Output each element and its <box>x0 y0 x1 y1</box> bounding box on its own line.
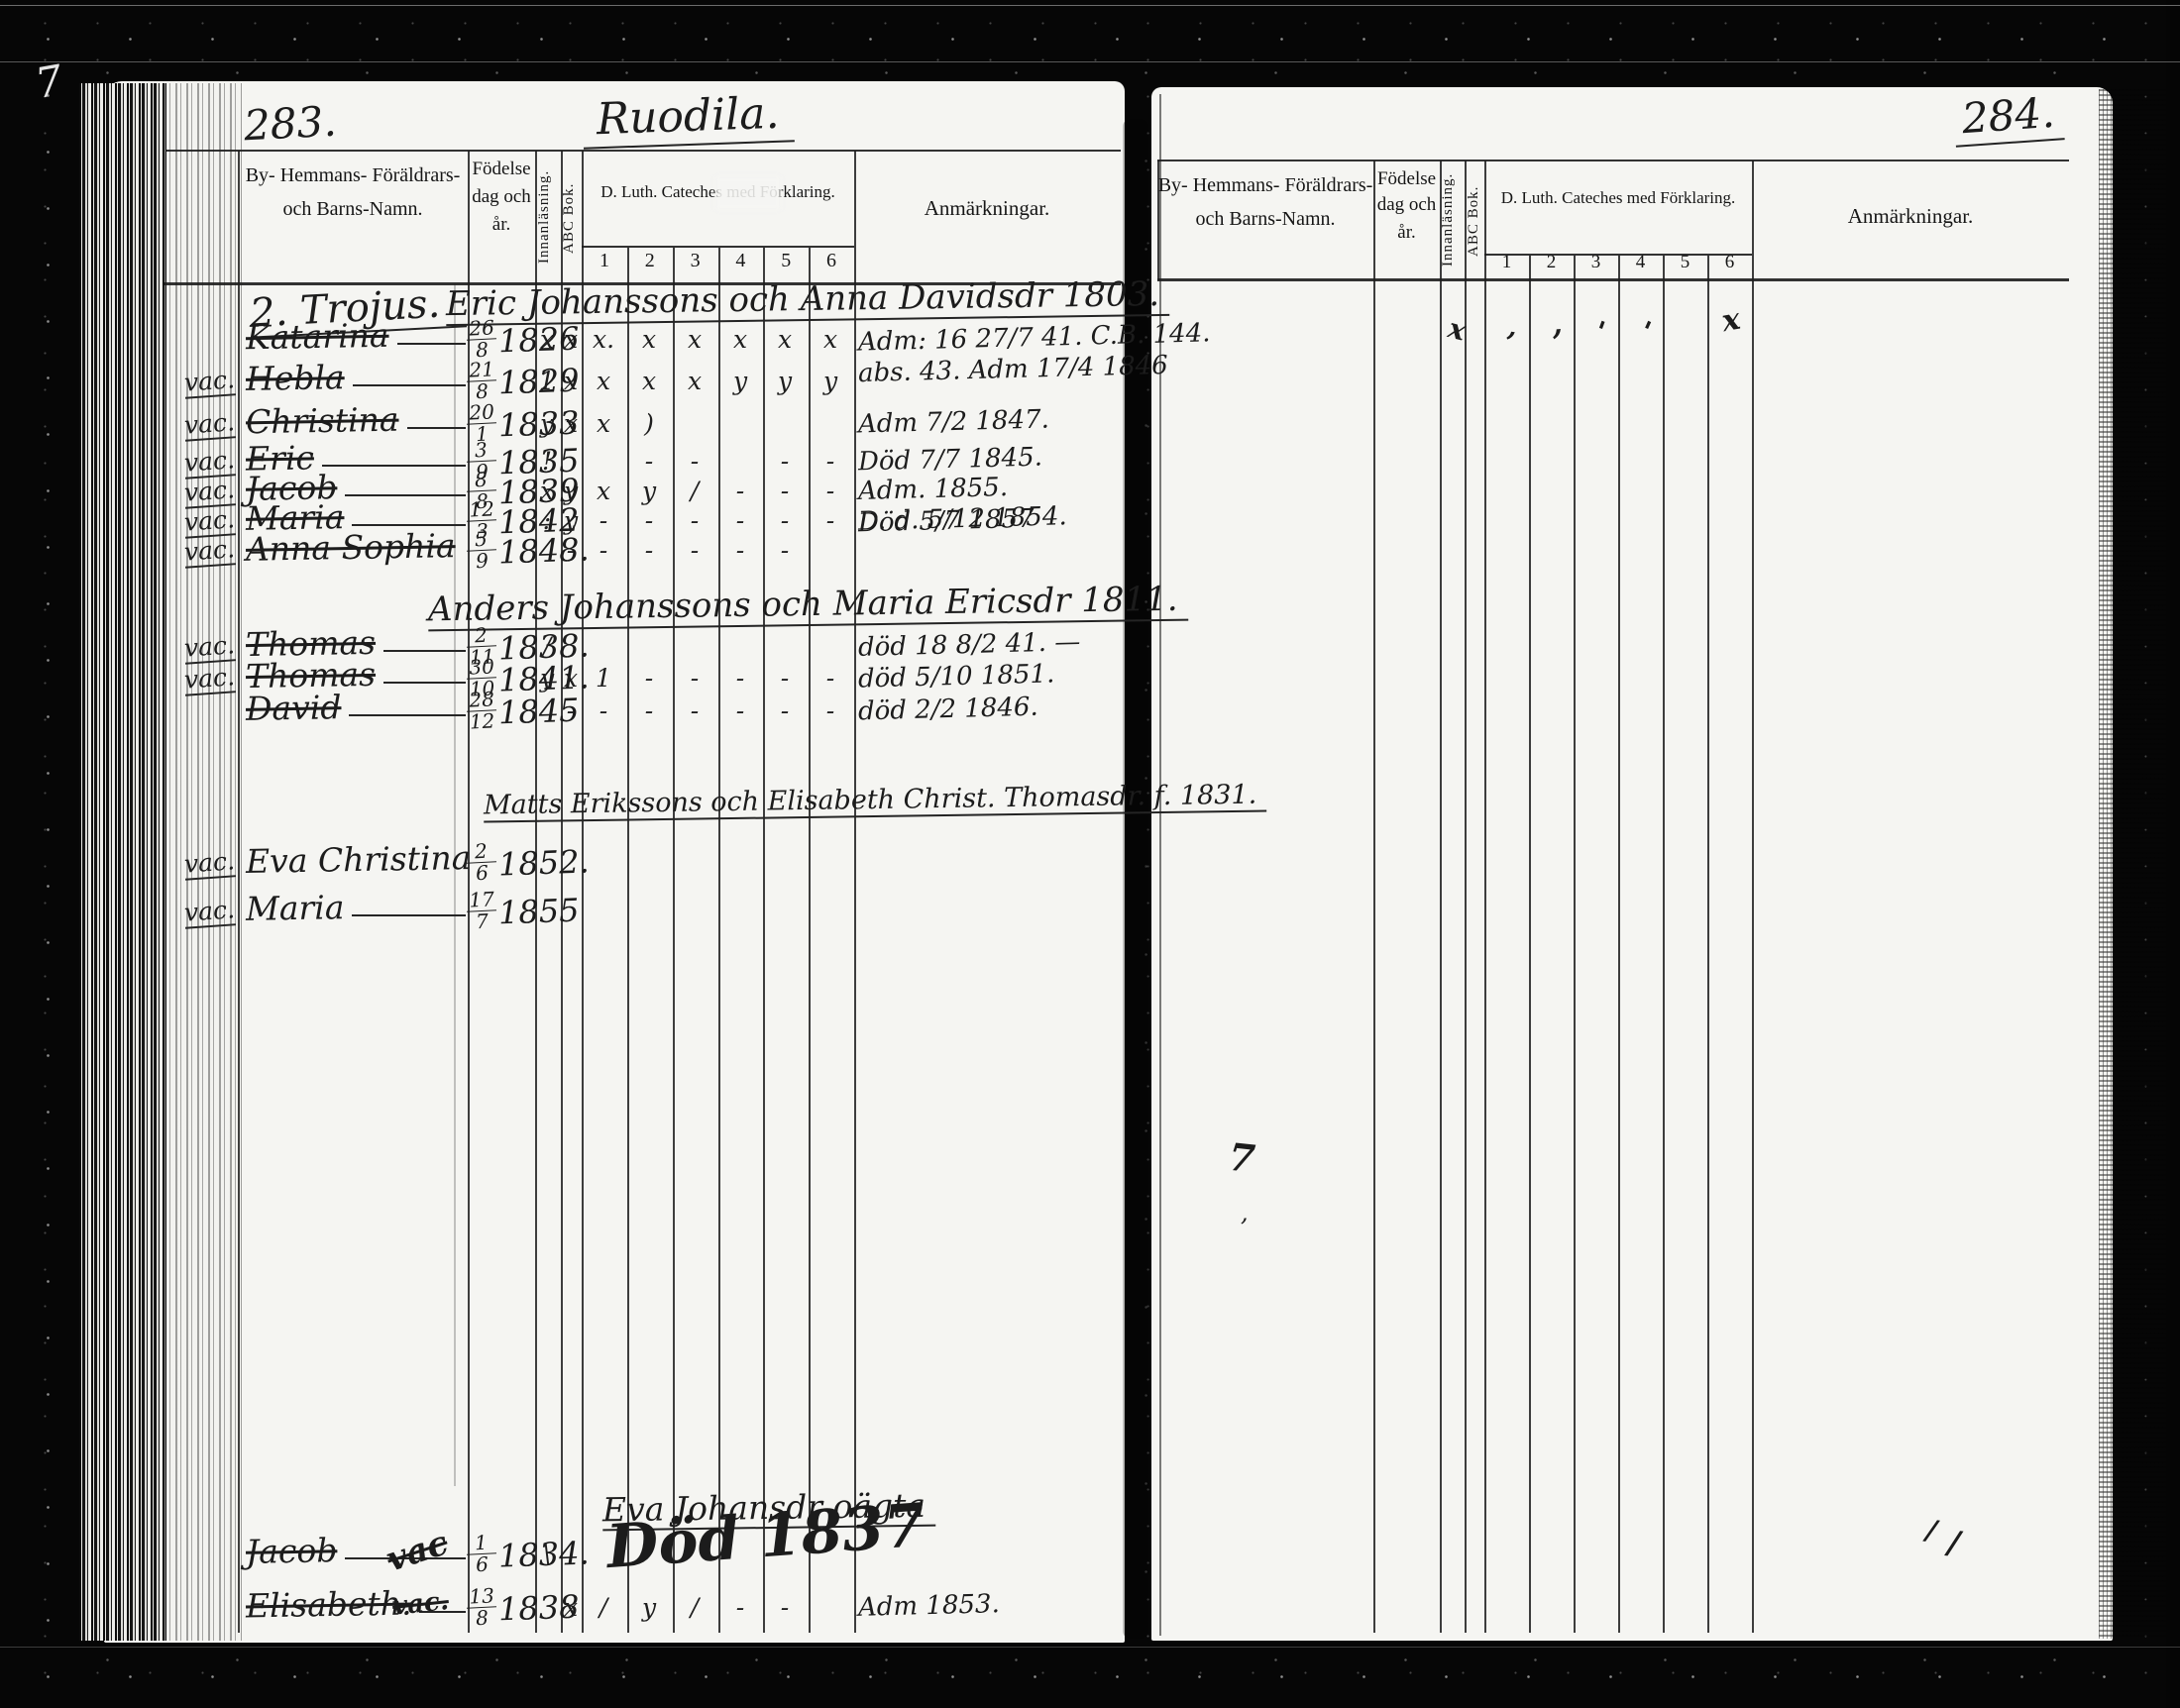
handwriting-overlay: vac. <box>391 1586 451 1622</box>
header-catechism-number: 4 <box>717 250 763 272</box>
margin-note: vac. <box>183 407 236 441</box>
catechism-mark: x <box>557 1593 585 1622</box>
catechism-mark: - <box>635 536 663 565</box>
name-row: Anna Sophia <box>246 528 466 567</box>
table-line-vertical <box>1574 256 1576 1633</box>
remark-note: Adm. 1855. <box>858 473 1009 506</box>
margin-note: vac. <box>183 504 236 538</box>
catechism-mark: - <box>557 696 585 725</box>
table-line-vertical <box>1663 256 1665 1633</box>
catechism-mark: - <box>817 664 844 693</box>
catechism-mark: x <box>557 664 585 693</box>
margin-note: vac. <box>183 365 236 398</box>
header-catechism-number: 5 <box>763 250 809 272</box>
margin-note: vac. <box>183 445 236 479</box>
catechism-mark: - <box>557 536 585 565</box>
header-catechism-number: 3 <box>673 250 718 272</box>
catechism-mark: - <box>771 664 799 693</box>
header-catechism-number: 3 <box>1574 252 1618 273</box>
header-abc-book-column: ABC Bok. <box>1466 168 1484 273</box>
catechism-mark: y <box>635 1593 663 1622</box>
catechism-mark: - <box>726 664 754 693</box>
catechism-mark: - <box>771 536 799 565</box>
header-name-column: By- Hemmans- Föräldrars- <box>1157 174 1373 197</box>
catechism-mark: ) <box>635 409 663 438</box>
birth-date-fraction: 138 <box>466 1586 497 1629</box>
catechism-mark: x <box>681 367 708 395</box>
name-dash <box>383 682 466 684</box>
header-birth-column: år. <box>468 214 535 236</box>
person-name: Jacob <box>246 1531 338 1571</box>
catechism-mark: x <box>771 325 799 354</box>
header-birth-column: år. <box>1373 222 1440 244</box>
table-line-horizontal <box>166 150 1121 152</box>
catechism-mark: - <box>681 506 708 535</box>
margin-note: vac. <box>183 534 236 568</box>
scan-artifact-line <box>0 61 2180 62</box>
scanned-book-spread: 7 283. Ruodila. 284. By- Hemmans- Föräld… <box>0 0 2180 1708</box>
catechism-mark: - <box>817 477 844 505</box>
birth-date-fraction: 268 <box>466 318 497 361</box>
name-dash <box>352 914 466 916</box>
remark-note: D. d. 5/12 1854. <box>858 501 1067 537</box>
margin-note: vac. <box>183 895 236 928</box>
header-birth-column: Födelse <box>1373 168 1440 190</box>
catechism-mark: x <box>726 325 754 354</box>
name-dash <box>322 465 466 467</box>
table-line-vertical <box>1465 160 1467 1633</box>
catechism-mark: - <box>817 696 844 725</box>
ink-fade-patch <box>715 176 781 210</box>
page-edge-texture <box>2099 89 2170 1639</box>
remark-note: Adm 1853. <box>858 1589 1001 1623</box>
ink-smudge: , <box>1241 1199 1249 1227</box>
name-row: Eva Christina <box>246 840 466 879</box>
book-binding-texture <box>79 83 166 1641</box>
table-line-vertical <box>627 248 629 1633</box>
table-line-vertical <box>763 248 765 1633</box>
table-line-vertical <box>1529 256 1531 1633</box>
name-row: Christina <box>246 401 466 440</box>
header-name-column: och Barns-Namn. <box>1157 208 1373 231</box>
person-name: Eva Christina <box>246 838 472 881</box>
ink-smudge: 7 <box>1227 1134 1257 1182</box>
birth-date-fraction: 218 <box>466 360 497 402</box>
name-dash <box>383 650 466 652</box>
catechism-mark: y <box>635 477 663 505</box>
catechism-mark: x <box>590 367 617 395</box>
person-name: Maria <box>246 888 345 928</box>
header-catechism-number: 5 <box>1663 252 1707 273</box>
catechism-mark: - <box>771 1593 799 1622</box>
header-catechism-number: 6 <box>1707 252 1752 273</box>
header-remarks-column: Anmärkningar. <box>854 196 1120 221</box>
header-abc-book-column: ABC Bok. <box>561 159 581 277</box>
margin-note: vac. <box>183 475 236 508</box>
remark-note: död 2/2 1846. <box>858 693 1038 727</box>
catechism-mark: - <box>635 447 663 476</box>
catechism-mark: x <box>557 409 585 438</box>
catechism-mark: - <box>635 506 663 535</box>
catechism-mark: - <box>817 506 844 535</box>
catechism-mark: - <box>726 536 754 565</box>
birth-month: 8 <box>467 1607 497 1629</box>
table-line-horizontal <box>1157 278 2069 281</box>
catechism-mark: y <box>771 367 799 395</box>
person-name: Christina <box>246 400 399 442</box>
birth-date-fraction: 2812 <box>466 690 497 732</box>
header-catechism-number: 1 <box>582 250 627 272</box>
birth-month: 6 <box>467 862 497 884</box>
person-name: Anna Sophia <box>246 526 456 569</box>
person-name: Elisabeth. <box>246 1584 412 1626</box>
birth-year: 1855 <box>497 892 580 932</box>
catechism-mark: - <box>726 477 754 505</box>
name-dash <box>353 384 466 386</box>
birth-year: 1852. <box>497 842 590 883</box>
header-catechism-number: 4 <box>1618 252 1663 273</box>
header-name-column: By- Hemmans- Föräldrars- <box>238 164 468 187</box>
table-line-horizontal <box>1157 160 2069 161</box>
page-number-right: 284. <box>1952 87 2064 148</box>
header-reading-column: Innanläsning. <box>536 155 560 279</box>
catechism-mark: - <box>771 477 799 505</box>
margin-note: vac. <box>183 630 236 664</box>
catechism-mark: 1 <box>590 664 617 693</box>
table-line-vertical <box>854 151 856 1633</box>
header-catechism-number: 1 <box>1484 252 1529 273</box>
name-dash <box>349 714 466 716</box>
catechism-mark: - <box>681 664 708 693</box>
table-line-vertical <box>1618 256 1620 1633</box>
remark-note: död 5/10 1851. <box>858 659 1055 694</box>
remark-note: Död 7/7 1845. <box>858 443 1043 478</box>
catechism-mark: / <box>681 477 708 505</box>
catechism-mark: - <box>771 696 799 725</box>
birth-date-fraction: 59 <box>466 529 497 572</box>
catechism-mark: x <box>557 325 585 354</box>
catechism-mark: - <box>726 696 754 725</box>
birth-date-fraction: 26 <box>466 841 497 884</box>
header-catechism-number: 2 <box>1529 252 1574 273</box>
header-birth-column: Födelse <box>468 159 535 180</box>
person-name: Katarina <box>246 316 389 358</box>
remark-note: Adm 7/2 1847. <box>858 404 1050 439</box>
scan-artifact-line <box>0 5 2180 6</box>
header-birth-column: dag och <box>1373 194 1440 216</box>
catechism-mark: x. <box>590 325 617 354</box>
catechism-mark: - <box>635 696 663 725</box>
table-line-horizontal <box>582 246 854 248</box>
header-birth-column: dag och <box>468 186 535 208</box>
table-line-vertical <box>809 248 811 1633</box>
header-remarks-column: Anmärkningar. <box>1752 204 2069 229</box>
person-name: Hebla <box>246 358 345 398</box>
catechism-mark: - <box>681 536 708 565</box>
catechism-mark: / <box>590 1593 617 1622</box>
table-line-vertical <box>238 151 240 1633</box>
birth-date-fraction: 177 <box>466 890 497 932</box>
catechism-mark: - <box>590 536 617 565</box>
birth-month: 9 <box>467 550 497 572</box>
catechism-mark: x <box>817 325 844 354</box>
table-line-vertical <box>1484 160 1486 1633</box>
catechism-mark: - <box>635 664 663 693</box>
right-page <box>1151 87 2113 1641</box>
table-line-vertical <box>1440 160 1442 1633</box>
name-row: Katarina <box>246 317 466 356</box>
name-dash <box>397 343 466 345</box>
page-number-left: 283. <box>243 97 338 151</box>
header-catechism-number: 2 <box>627 250 673 272</box>
catechism-mark: - <box>681 447 708 476</box>
catechism-mark: - <box>726 1593 754 1622</box>
catechism-mark: x <box>590 477 617 505</box>
catechism-mark: x <box>635 367 663 395</box>
catechism-mark: - <box>590 506 617 535</box>
name-row: David <box>246 689 466 727</box>
remark-note: död 18 8/2 41. — <box>858 627 1081 663</box>
catechism-mark: x <box>681 325 708 354</box>
catechism-mark: - <box>681 696 708 725</box>
birth-month: 12 <box>467 710 497 732</box>
header-catechism-column: D. Luth. Cateches med Förklaring. <box>1484 188 1752 208</box>
catechism-mark: - <box>817 447 844 476</box>
margin-note: vac. <box>183 846 236 880</box>
table-line-vertical <box>718 248 720 1633</box>
table-line-vertical <box>673 248 675 1633</box>
margin-note: vac. <box>183 662 236 695</box>
table-line-vertical <box>1373 160 1375 1633</box>
birth-month: 7 <box>467 910 497 932</box>
catechism-mark: x <box>557 367 585 395</box>
header-catechism-number: 6 <box>809 250 854 272</box>
name-row: Maria <box>246 889 466 927</box>
person-name: David <box>246 688 342 728</box>
catechism-mark: \ <box>533 1540 561 1568</box>
catechism-mark: x <box>590 409 617 438</box>
header-reading-column: Innanläsning. <box>1440 164 1465 275</box>
header-name-column: och Barns-Namn. <box>238 198 468 221</box>
name-row: Hebla <box>246 359 466 397</box>
catechism-mark: x <box>635 325 663 354</box>
name-dash <box>407 427 466 429</box>
catechism-mark: y <box>817 367 844 395</box>
village-title: Ruodila. <box>582 87 794 149</box>
catechism-mark: y <box>726 367 754 395</box>
catechism-mark: - <box>590 696 617 725</box>
table-line-vertical <box>1752 160 1754 1633</box>
catechism-mark: - <box>726 506 754 535</box>
birth-date-fraction: 16 <box>466 1533 497 1575</box>
table-line-vertical <box>1707 256 1709 1633</box>
catechism-mark: / <box>681 1593 708 1622</box>
name-dash <box>345 494 466 496</box>
catechism-mark: / <box>533 632 561 661</box>
scan-edge <box>2166 0 2180 1708</box>
birth-month: 6 <box>467 1553 497 1575</box>
catechism-mark: - <box>771 447 799 476</box>
scan-artifact-line <box>0 1647 2180 1648</box>
catechism-mark: - <box>771 506 799 535</box>
